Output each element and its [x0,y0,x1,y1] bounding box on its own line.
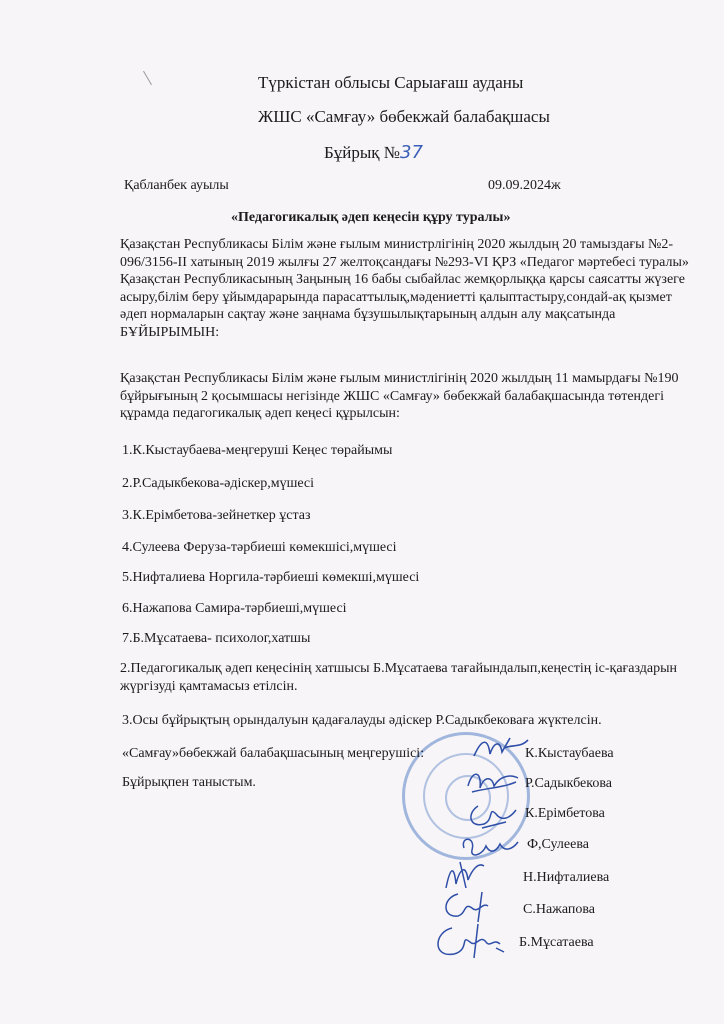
director-name: К.Кыстаубаева [525,746,614,762]
signatory-6: Б.Мұсатаева [519,935,594,951]
order-heading: Бұйрық №37 [324,142,423,163]
member-4: 4.Сулеева Феруза-тәрбиеші көмекшісі,мүше… [122,540,397,556]
scan-mark [143,71,152,85]
paragraph-order: Қазақстан Республикасы Білім және ғылым … [120,370,690,423]
paragraph-preamble: Қазақстан Республикасы Білім және ғылым … [120,236,690,341]
signatory-5: С.Нажапова [523,902,595,918]
signatory-3: Ф,Сулеева [527,837,589,853]
member-7: 7.Б.Мұсатаева- психолог,хатшы [122,631,310,647]
document-page: Түркістан облысы Сарыағаш ауданы ЖШС «Са… [0,0,724,1024]
order-label: Бұйрық № [324,143,400,162]
signature-6 [430,918,510,962]
point-2: 2.Педагогикалық әдеп кеңесінің хатшысы Б… [120,660,680,695]
date: 09.09.2024ж [488,178,561,194]
signature-1 [462,766,522,796]
header-organization: ЖШС «Самғау» бөбекжай балабақшасы [258,107,550,127]
place: Қабланбек ауылы [124,178,229,194]
point-3: 3.Осы бұйрықтың орындалуын қадағалауды ә… [122,713,602,729]
signatory-1: Р.Садыкбекова [525,776,612,792]
director-line: «Самғау»бөбекжай балабақшасының меңгеруш… [122,746,424,762]
header-region: Түркістан облысы Сарыағаш ауданы [258,73,523,93]
acknowledged-label: Бұйрықпен таныстым. [122,775,256,791]
member-6: 6.Нажапова Самира-тәрбиеші,мүшесі [122,601,347,617]
member-1: 1.К.Кыстаубаева-меңгеруші Кеңес төрайымы [122,443,392,459]
signatory-4: Н.Нифталиева [523,870,609,886]
signatory-2: К.Ерімбетова [525,806,605,822]
document-title: «Педагогикалық әдеп кеңесін құру туралы» [231,210,510,226]
member-5: 5.Нифталиева Норгила-тәрбиеші көмекші,мү… [122,570,419,586]
signature-2 [462,800,522,832]
member-2: 2.Р.Садыкбекова-әдіскер,мүшесі [122,476,314,492]
member-3: 3.К.Ерімбетова-зейнеткер ұстаз [122,508,311,524]
signature-director [470,734,530,762]
order-number: 37 [400,142,423,163]
